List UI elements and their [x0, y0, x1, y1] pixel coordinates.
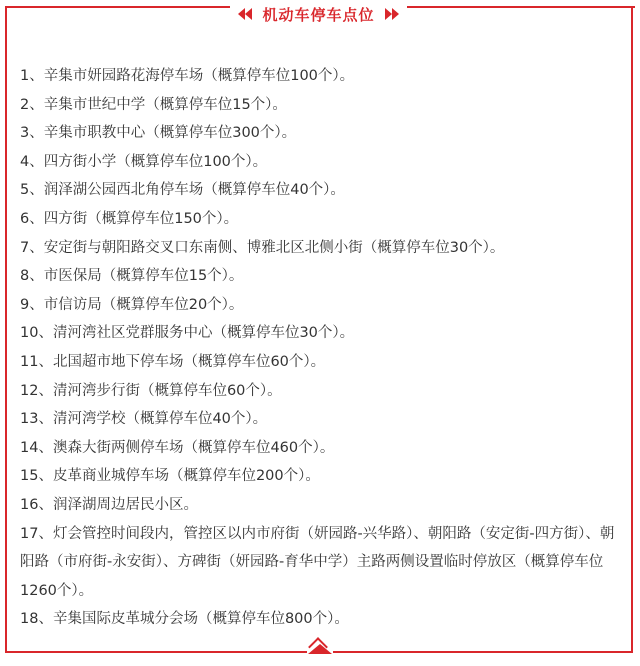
- parking-list: 1、辛集市妍园路花海停车场（概算停车位100个）。 2、辛集市世纪中学（概算停车…: [20, 62, 620, 634]
- list-item: 14、澳森大街两侧停车场（概算停车位460个）。: [20, 434, 620, 463]
- list-item: 4、四方街小学（概算停车位100个）。: [20, 148, 620, 177]
- frame-top-line-left: [5, 6, 230, 8]
- list-item: 16、润泽湖周边居民小区。: [20, 491, 620, 520]
- list-item: 3、辛集市职教中心（概算停车位300个）。: [20, 119, 620, 148]
- frame-top-line-right: [407, 6, 635, 8]
- list-item: 15、皮革商业城停车场（概算停车位200个）。: [20, 462, 620, 491]
- section-header: 机动车停车点位: [230, 0, 407, 28]
- list-item: 13、清河湾学校（概算停车位40个）。: [20, 405, 620, 434]
- list-item: 10、清河湾社区党群服务中心（概算停车位30个）。: [20, 319, 620, 348]
- list-item: 1、辛集市妍园路花海停车场（概算停车位100个）。: [20, 62, 620, 91]
- list-item: 12、清河湾步行街（概算停车位60个）。: [20, 377, 620, 406]
- list-item: 6、四方街（概算停车位150个）。: [20, 205, 620, 234]
- list-item: 17、灯会管控时间段内，管控区以内市府街（妍园路-兴华路）、朝阳路（安定街-四方…: [20, 520, 620, 606]
- list-item: 2、辛集市世纪中学（概算停车位15个）。: [20, 91, 620, 120]
- triangle-up-icon: [308, 644, 332, 654]
- list-item: 9、市信访局（概算停车位20个）。: [20, 291, 620, 320]
- section-title: 机动车停车点位: [262, 4, 374, 25]
- list-item: 11、北国超市地下停车场（概算停车位60个）。: [20, 348, 620, 377]
- double-triangle-right-icon: [385, 8, 399, 20]
- list-item: 8、市医保局（概算停车位15个）。: [20, 262, 620, 291]
- list-item: 5、润泽湖公园西北角停车场（概算停车位40个）。: [20, 176, 620, 205]
- list-item: 18、辛集国际皮革城分会场（概算停车位800个）。: [20, 605, 620, 634]
- list-item: 7、安定街与朝阳路交叉口东南侧、博雅北区北侧小街（概算停车位30个）。: [20, 234, 620, 263]
- double-triangle-left-icon: [238, 8, 252, 20]
